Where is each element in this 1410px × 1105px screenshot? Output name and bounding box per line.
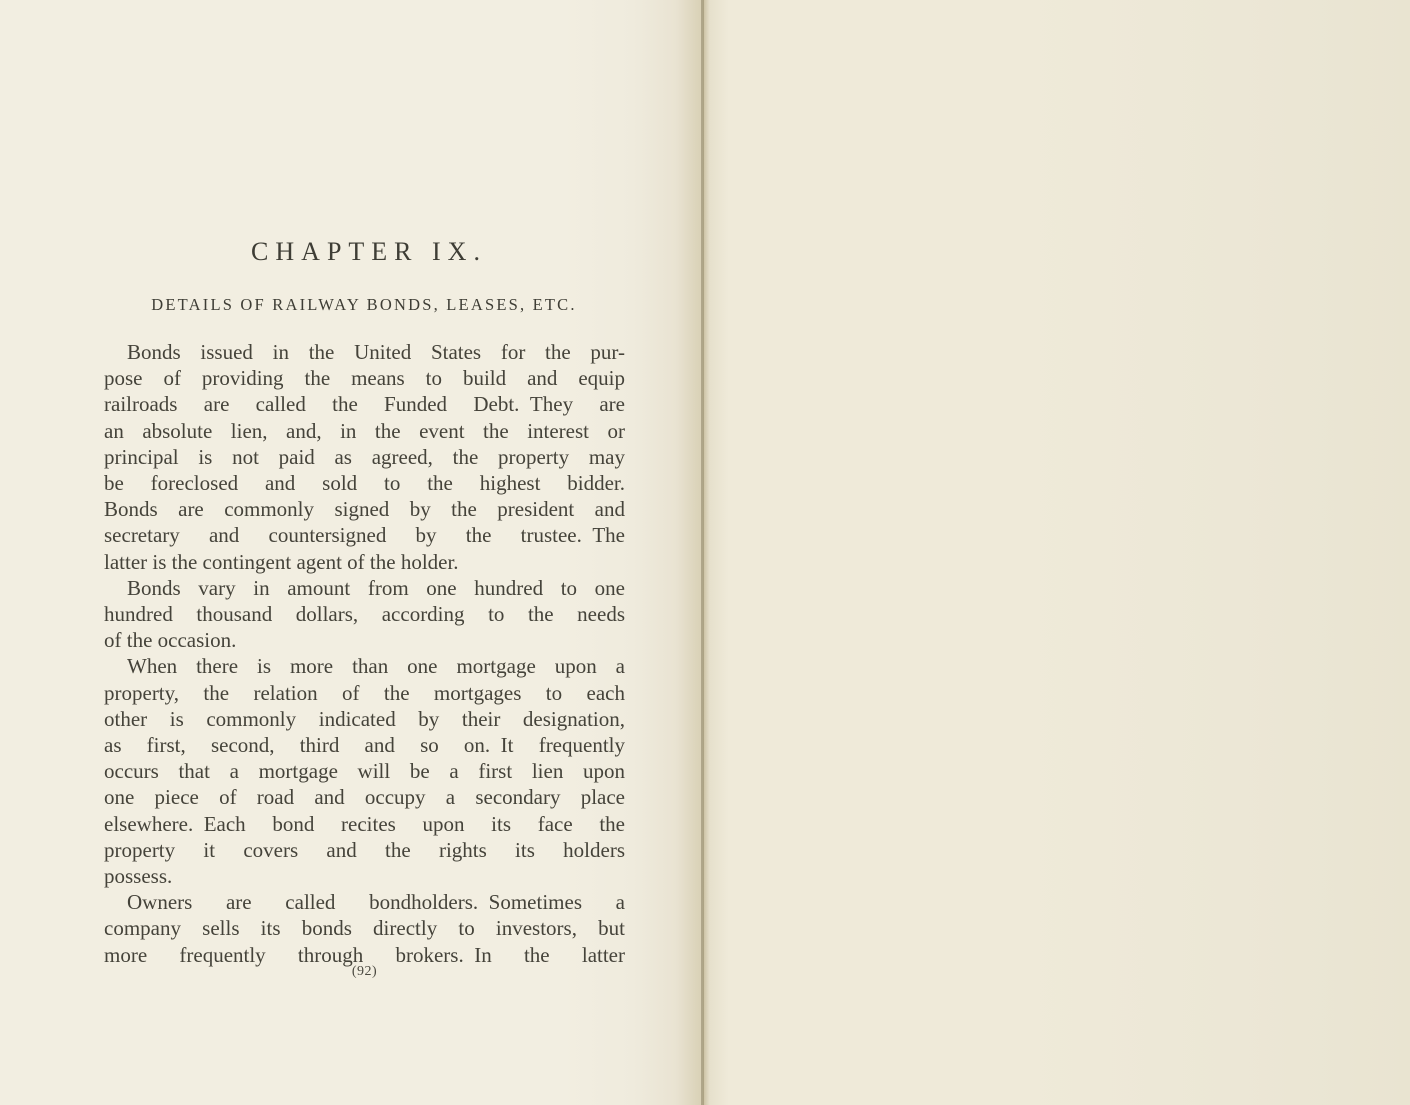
left-page-number: (92) (104, 964, 625, 980)
text-line: as first, second, third and so on. It fr… (104, 732, 625, 758)
text-line: an absolute lien, and, in the event the … (104, 418, 625, 444)
text-line: of the occasion. (104, 627, 625, 653)
text-line: company sells its bonds directly to inve… (104, 915, 625, 941)
paragraph: Owners are called bondholders. Sometimes… (104, 889, 625, 968)
text-line: Bonds are commonly signed by the preside… (104, 496, 625, 522)
text-line: property it covers and the rights its ho… (104, 837, 625, 863)
paragraph: When there is more than one mortgage upo… (104, 653, 625, 889)
text-line: one piece of road and occupy a secondary… (104, 784, 625, 810)
chapter-subtitle: DETAILS OF RAILWAY BONDS, LEASES, ETC. (84, 295, 644, 315)
left-page-body: Bonds issued in the United States for th… (104, 339, 625, 968)
text-line: occurs that a mortgage will be a first l… (104, 758, 625, 784)
text-line: elsewhere. Each bond recites upon its fa… (104, 811, 625, 837)
text-line: be foreclosed and sold to the highest bi… (104, 470, 625, 496)
text-line: latter is the contingent agent of the ho… (104, 549, 625, 575)
text-line: principal is not paid as agreed, the pro… (104, 444, 625, 470)
text-line: When there is more than one mortgage upo… (104, 653, 625, 679)
text-line: hundred thousand dollars, according to t… (104, 601, 625, 627)
text-line: Bonds vary in amount from one hundred to… (104, 575, 625, 601)
chapter-heading: CHAPTER IX. (104, 237, 634, 267)
text-line: Bonds issued in the United States for th… (104, 339, 625, 365)
book-spread: CHAPTER IX. DETAILS OF RAILWAY BONDS, LE… (0, 0, 1410, 1105)
text-line: other is commonly indicated by their des… (104, 706, 625, 732)
paragraph: Bonds vary in amount from one hundred to… (104, 575, 625, 654)
text-line: pose of providing the means to build and… (104, 365, 625, 391)
text-line: railroads are called the Funded Debt. Th… (104, 391, 625, 417)
text-line: possess. (104, 863, 625, 889)
text-line: property, the relation of the mortgages … (104, 680, 625, 706)
right-page: DETAILS OF RAILWAY BONDS, LEASES, ETC. 9… (704, 0, 1410, 1105)
left-page: CHAPTER IX. DETAILS OF RAILWAY BONDS, LE… (0, 0, 704, 1105)
text-line: secretary and countersigned by the trust… (104, 522, 625, 548)
paragraph: Bonds issued in the United States for th… (104, 339, 625, 575)
text-line: Owners are called bondholders. Sometimes… (104, 889, 625, 915)
